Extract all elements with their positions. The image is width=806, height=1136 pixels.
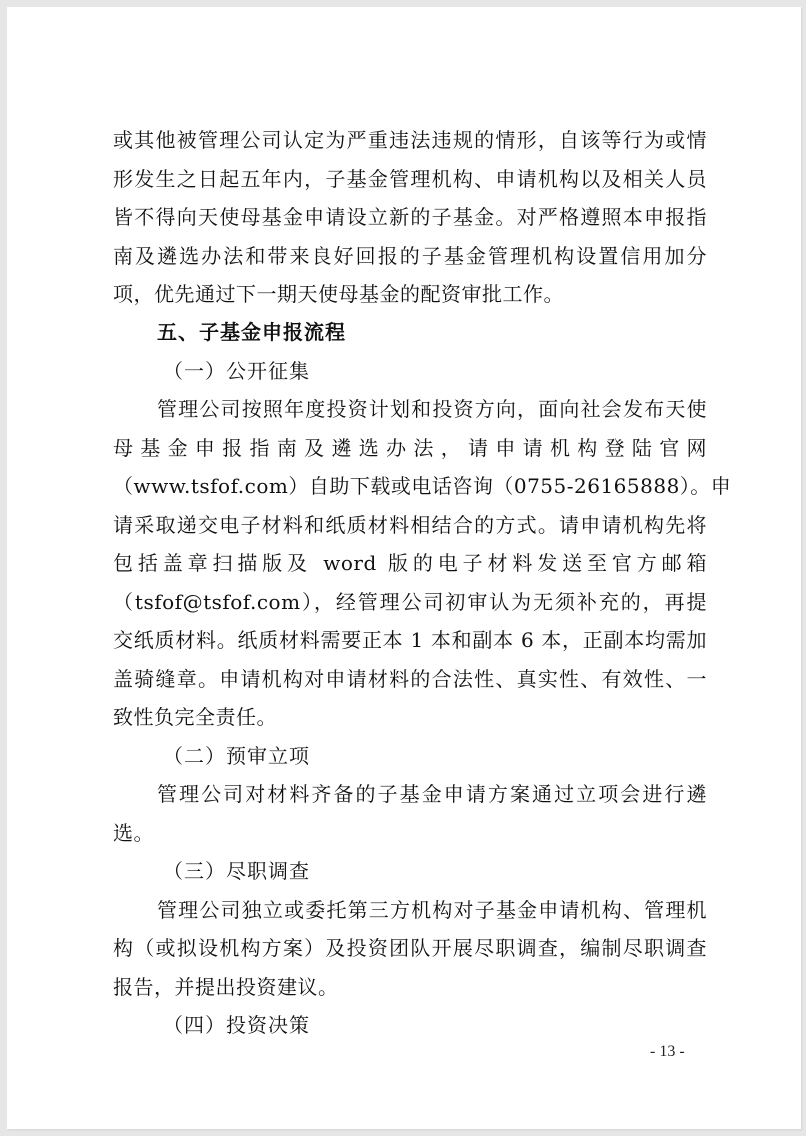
subsection-heading: （四）投资决策 bbox=[163, 1013, 310, 1037]
body-text-line: 管理公司独立或委托第三方机构对子基金申请机构、管理机 bbox=[157, 898, 707, 922]
section-heading: 五、子基金申报流程 bbox=[157, 320, 346, 344]
body-text-line: （www.tsfof.com）自助下载或电话咨询（0755-26165888）。… bbox=[113, 474, 707, 498]
subsection-heading: （三）尽职调查 bbox=[163, 859, 310, 883]
body-text-line: 皆不得向天使母基金申请设立新的子基金。对严格遵照本申报指 bbox=[113, 205, 707, 229]
body-text-line: 管理公司对材料齐备的子基金申请方案通过立项会进行遴 bbox=[157, 782, 707, 806]
body-text-line: 母基金申报指南及遴选办法，请申请机构登陆官网 bbox=[113, 436, 707, 460]
body-text-line: 报告，并提出投资建议。 bbox=[113, 975, 707, 999]
body-text-line: 包括盖章扫描版及 word 版的电子材料发送至官方邮箱 bbox=[113, 551, 707, 575]
page-number: - 13 - bbox=[650, 1042, 685, 1062]
body-text-line: 南及遴选办法和带来良好回报的子基金管理机构设置信用加分 bbox=[113, 244, 707, 268]
body-text-line: 盖骑缝章。申请机构对申请材料的合法性、真实性、有效性、一 bbox=[113, 667, 707, 691]
body-text-line: 交纸质材料。纸质材料需要正本 1 本和副本 6 本，正副本均需加 bbox=[113, 628, 707, 652]
body-text-line: 项，优先通过下一期天使母基金的配资审批工作。 bbox=[113, 282, 707, 306]
body-text-line: 形发生之日起五年内，子基金管理机构、申请机构以及相关人员 bbox=[113, 167, 707, 191]
body-text-line: 选。 bbox=[113, 821, 707, 845]
body-text-line: （tsfof@tsfof.com），经管理公司初审认为无须补充的，再提 bbox=[113, 590, 707, 614]
document-page: 或其他被管理公司认定为严重违法违规的情形，自该等行为或情 形发生之日起五年内，子… bbox=[7, 7, 801, 1129]
subsection-heading: （二）预审立项 bbox=[163, 744, 310, 768]
body-text-line: 请采取递交电子材料和纸质材料相结合的方式。请申请机构先将 bbox=[113, 513, 707, 537]
body-text-line: 管理公司按照年度投资计划和投资方向，面向社会发布天使 bbox=[157, 397, 707, 421]
body-text-line: 致性负完全责任。 bbox=[113, 705, 707, 729]
body-text-line: 构（或拟设机构方案）及投资团队开展尽职调查，编制尽职调查 bbox=[113, 936, 707, 960]
subsection-heading: （一）公开征集 bbox=[163, 359, 310, 383]
body-text-line: 或其他被管理公司认定为严重违法违规的情形，自该等行为或情 bbox=[113, 128, 707, 152]
